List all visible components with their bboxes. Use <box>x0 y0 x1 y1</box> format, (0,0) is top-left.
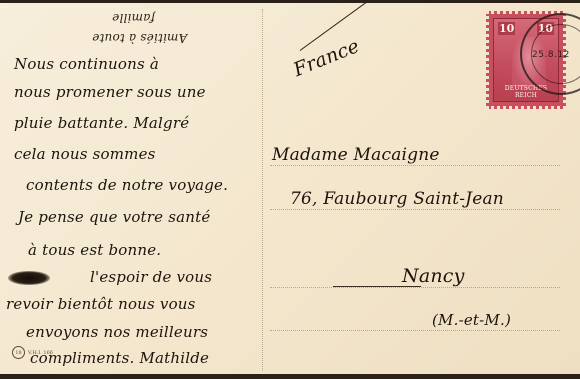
message-line: à tous est bonne. <box>28 241 161 259</box>
message-line: l'espoir de vous <box>90 268 212 286</box>
stamp-value: 10 <box>498 22 515 35</box>
upside-down-postscript-line: Amitiés à toute <box>92 31 187 45</box>
card-divider <box>262 9 263 371</box>
recipient-name: Madame Macaigne <box>272 145 440 165</box>
destination-country: France <box>290 35 362 81</box>
message-line: Je pense que votre santé <box>18 208 210 226</box>
message-line: nous promener sous une <box>14 83 206 101</box>
recipient-street: 76, Faubourg Saint-Jean <box>290 189 504 209</box>
publisher-code: V.H.I. 166 <box>28 350 53 356</box>
message-line: contents de notre voyage. <box>26 176 228 194</box>
publisher-mark: 18 V.H.I. 166 <box>12 346 53 359</box>
ink-smudge <box>8 271 50 285</box>
recipient-city: Nancy <box>402 265 465 287</box>
postmark-date: 25.8.12 <box>532 50 570 60</box>
address-dotted-line <box>270 209 560 210</box>
message-line: cela nous sommes <box>14 145 156 163</box>
message-line: revoir bientôt nous vous <box>6 295 196 313</box>
postcard: famille Amitiés à toute Nous continuons … <box>0 0 580 375</box>
message-signature-line: compliments. Mathilde <box>30 349 209 367</box>
message-line: envoyons nos meilleurs <box>26 323 208 341</box>
publisher-logo-icon: 18 <box>12 346 25 359</box>
message-line: pluie battante. Malgré <box>14 114 189 132</box>
message-line: Nous continuons à <box>14 55 159 73</box>
address-dotted-line <box>270 165 560 166</box>
recipient-region: (M.-et-M.) <box>432 311 511 329</box>
upside-down-postscript-line: famille <box>112 11 155 25</box>
card-bottom-edge <box>0 374 580 379</box>
address-dotted-line <box>270 330 560 331</box>
address-dotted-line <box>270 287 560 288</box>
